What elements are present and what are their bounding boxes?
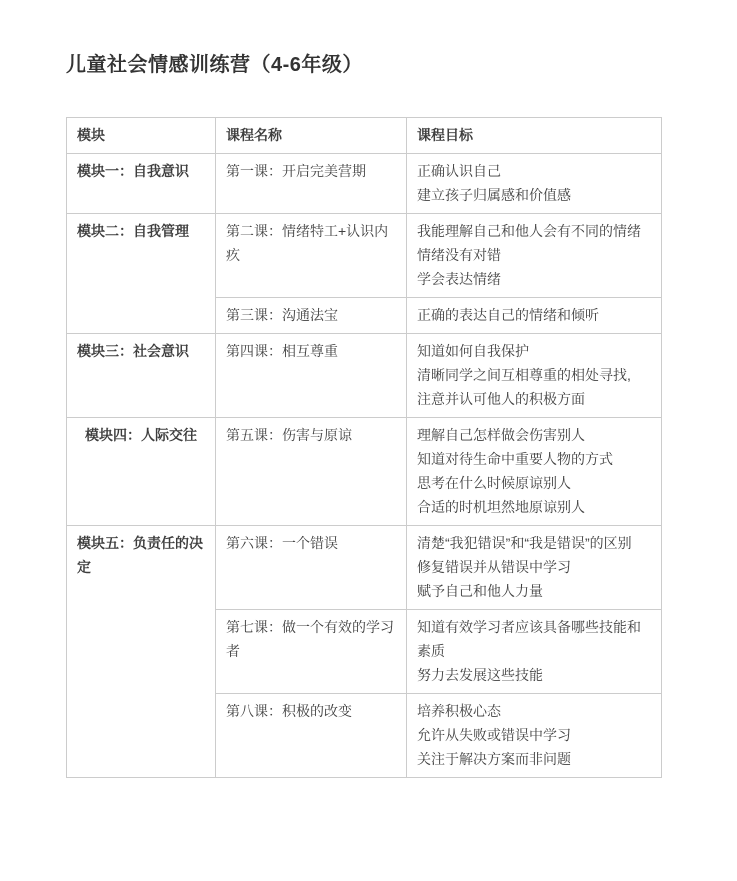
module-cell-5: 模块五：负责任的决定 — [67, 526, 216, 778]
header-course-name: 课程名称 — [216, 118, 407, 154]
course-cell-8: 第八课：积极的改变 — [216, 694, 407, 778]
module-cell-2: 模块二：自我管理 — [67, 214, 216, 334]
page-title: 儿童社会情感训练营（4-6年级） — [66, 48, 737, 77]
objectives-cell-6: 清楚“我犯错误”和“我是错误”的区别 修复错误并从错误中学习 赋予自己和他人力量 — [407, 526, 662, 610]
objectives-cell-1: 正确认识自己 建立孩子归属感和价值感 — [407, 154, 662, 214]
module-cell-4: 模块四：人际交往 — [67, 418, 216, 526]
objective-line: 我能理解自己和他人会有不同的情绪 — [417, 219, 651, 243]
table-header-row: 模块 课程名称 课程目标 — [67, 118, 662, 154]
objective-line: 清楚“我犯错误”和“我是错误”的区别 — [417, 531, 651, 555]
table-row: 模块五：负责任的决定 第六课：一个错误 清楚“我犯错误”和“我是错误”的区别 修… — [67, 526, 662, 610]
course-cell-1: 第一课：开启完美营期 — [216, 154, 407, 214]
course-table: 模块 课程名称 课程目标 模块一：自我意识 第一课：开启完美营期 正确认识自己 … — [66, 117, 662, 778]
table-row: 模块一：自我意识 第一课：开启完美营期 正确认识自己 建立孩子归属感和价值感 — [67, 154, 662, 214]
objective-line: 努力去发展这些技能 — [417, 663, 651, 687]
module-cell-1: 模块一：自我意识 — [67, 154, 216, 214]
module-cell-3: 模块三：社会意识 — [67, 334, 216, 418]
course-cell-6: 第六课：一个错误 — [216, 526, 407, 610]
objective-line: 合适的时机坦然地原谅别人 — [417, 495, 651, 519]
objectives-cell-7: 知道有效学习者应该具备哪些技能和素质 努力去发展这些技能 — [407, 610, 662, 694]
course-cell-7: 第七课：做一个有效的学习者 — [216, 610, 407, 694]
objective-line: 正确的表达自己的情绪和倾听 — [417, 303, 651, 327]
table-row: 模块二：自我管理 第二课：情绪特工+认识内疚 我能理解自己和他人会有不同的情绪 … — [67, 214, 662, 298]
objective-line: 情绪没有对错 — [417, 243, 651, 267]
objectives-cell-4: 知道如何自我保护 清晰同学之间互相尊重的相处寻找, 注意并认可他人的积极方面 — [407, 334, 662, 418]
objective-line: 清晰同学之间互相尊重的相处寻找, — [417, 363, 651, 387]
objective-line: 培养积极心态 — [417, 699, 651, 723]
document-page: 儿童社会情感训练营（4-6年级） 模块 课程名称 课程目标 模块一：自我意识 第… — [0, 0, 737, 881]
table-row: 模块四：人际交往 第五课：伤害与原谅 理解自己怎样做会伤害别人 知道对待生命中重… — [67, 418, 662, 526]
objective-line: 知道有效学习者应该具备哪些技能和素质 — [417, 615, 651, 663]
objective-line: 学会表达情绪 — [417, 267, 651, 291]
course-cell-5: 第五课：伤害与原谅 — [216, 418, 407, 526]
header-module: 模块 — [67, 118, 216, 154]
objective-line: 赋予自己和他人力量 — [417, 579, 651, 603]
objectives-cell-5: 理解自己怎样做会伤害别人 知道对待生命中重要人物的方式 思考在什么时候原谅别人 … — [407, 418, 662, 526]
objective-line: 修复错误并从错误中学习 — [417, 555, 651, 579]
course-cell-2: 第二课：情绪特工+认识内疚 — [216, 214, 407, 298]
objective-line: 正确认识自己 — [417, 159, 651, 183]
table-row: 模块三：社会意识 第四课：相互尊重 知道如何自我保护 清晰同学之间互相尊重的相处… — [67, 334, 662, 418]
course-cell-4: 第四课：相互尊重 — [216, 334, 407, 418]
objectives-cell-8: 培养积极心态 允许从失败或错误中学习 关注于解决方案而非问题 — [407, 694, 662, 778]
header-course-objective: 课程目标 — [407, 118, 662, 154]
objectives-cell-2: 我能理解自己和他人会有不同的情绪 情绪没有对错 学会表达情绪 — [407, 214, 662, 298]
objective-line: 知道如何自我保护 — [417, 339, 651, 363]
objective-line: 思考在什么时候原谅别人 — [417, 471, 651, 495]
objectives-cell-3: 正确的表达自己的情绪和倾听 — [407, 298, 662, 334]
objective-line: 允许从失败或错误中学习 — [417, 723, 651, 747]
course-cell-3: 第三课：沟通法宝 — [216, 298, 407, 334]
objective-line: 注意并认可他人的积极方面 — [417, 387, 651, 411]
objective-line: 知道对待生命中重要人物的方式 — [417, 447, 651, 471]
objective-line: 理解自己怎样做会伤害别人 — [417, 423, 651, 447]
objective-line: 关注于解决方案而非问题 — [417, 747, 651, 771]
objective-line: 建立孩子归属感和价值感 — [417, 183, 651, 207]
